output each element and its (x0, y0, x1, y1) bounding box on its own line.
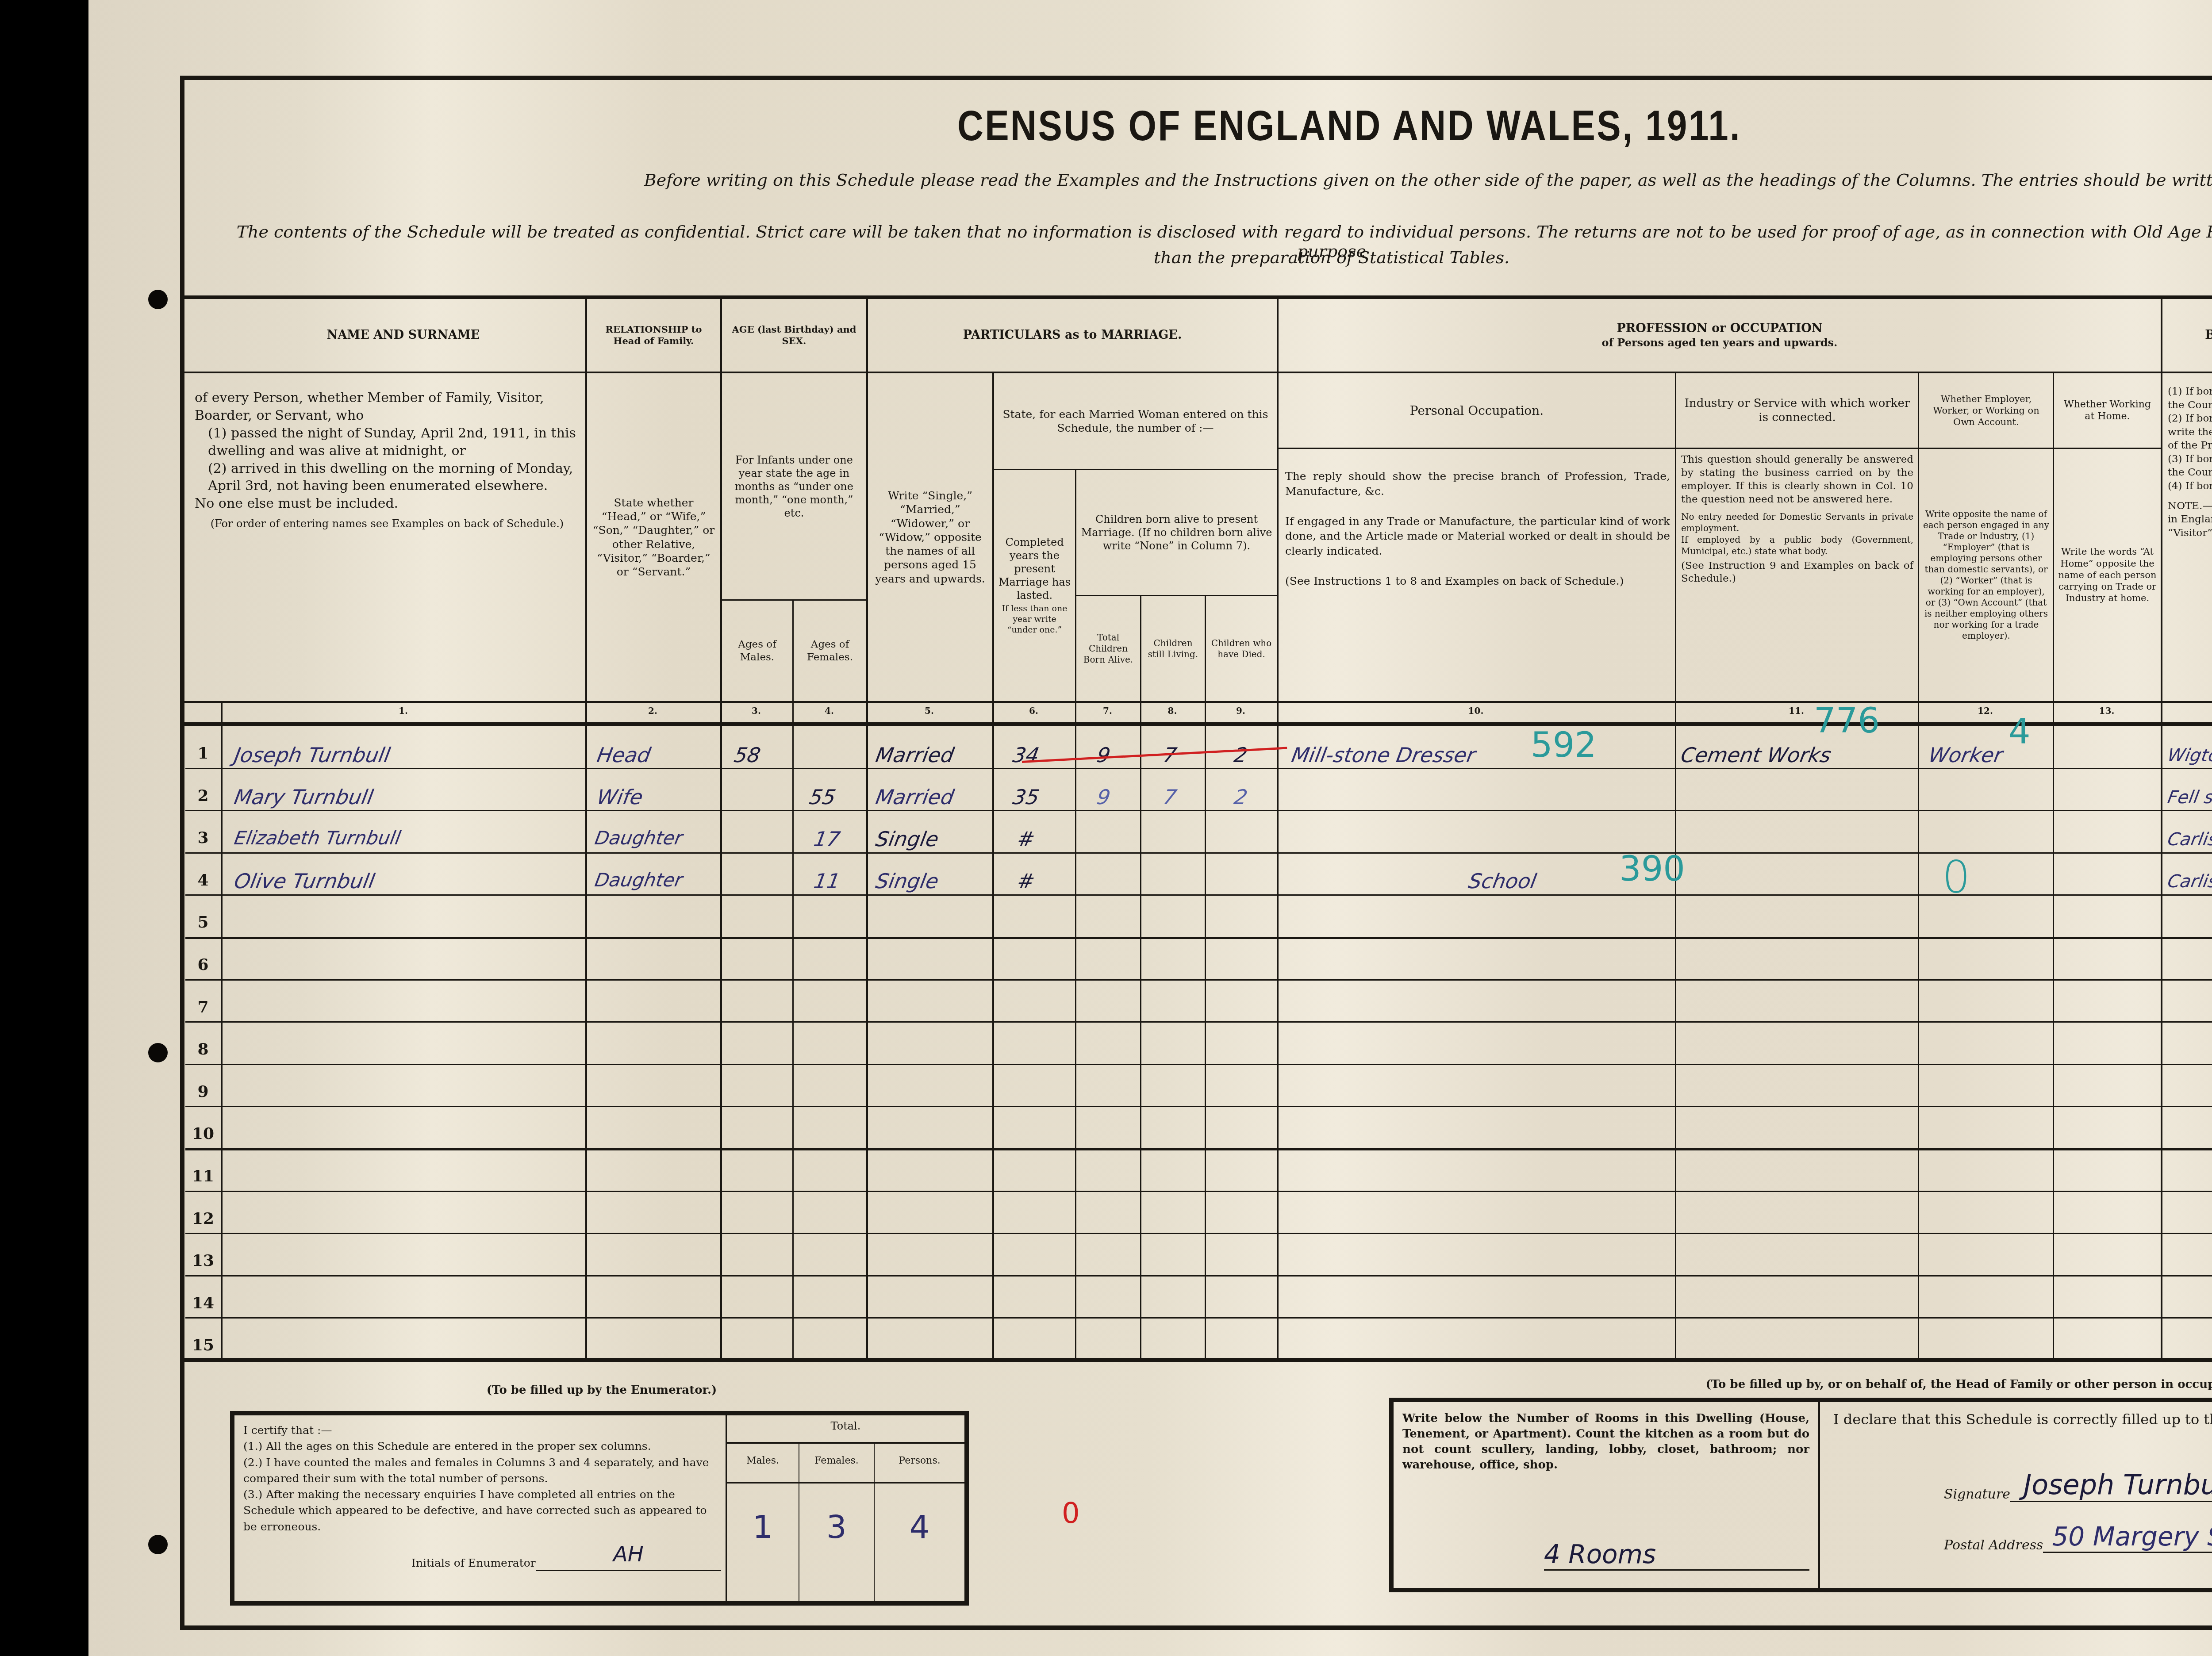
cell-age-female[interactable]: 17 (812, 827, 842, 851)
row-rule (185, 1106, 2212, 1107)
cell-employer[interactable]: Worker (1927, 743, 2005, 767)
column-number: 4. (792, 705, 866, 716)
rooms-instruction: Write below the Number of Rooms in this … (1402, 1411, 1809, 1473)
red-check-mark: 0 (1062, 1497, 1080, 1530)
header-occupation: PROFESSION or OCCUPATION (1617, 321, 1822, 336)
header-top-rule (184, 295, 2212, 299)
rooms-box: Write below the Number of Rooms in this … (1389, 1398, 1823, 1592)
occupation-code: 592 (1531, 725, 1597, 765)
page-title: CENSUS OF ENGLAND AND WALES, 1911. (842, 102, 1857, 150)
row-rule (185, 1275, 2212, 1276)
personal-occupation-header: Personal Occupation. (1279, 373, 1675, 448)
industry-header: Industry or Service with which worker is… (1677, 373, 1918, 448)
column-number: 8. (1140, 705, 1205, 716)
row-number: 7 (185, 998, 221, 1016)
row-number-divider (221, 703, 223, 1358)
cell-birthplace[interactable]: Carlisle Cumberland (2166, 871, 2212, 892)
column-number: 1. (221, 705, 585, 716)
cell-years-married[interactable]: 34 (1011, 743, 1041, 767)
cell-age-female[interactable]: 55 (807, 785, 837, 809)
industry-code: 776 (1814, 701, 1880, 741)
cell-occupation[interactable]: Mill-stone Dresser (1290, 743, 1477, 767)
persons-label: Persons. (875, 1455, 964, 1466)
cell-relationship[interactable]: Wife (595, 785, 645, 809)
children-living-header: Children still Living. (1141, 596, 1205, 701)
males-label: Males. (727, 1455, 799, 1466)
row-number: 2 (185, 786, 221, 805)
col-divider-11 (1918, 373, 1919, 1358)
home-instructions: Write the words “At Home” opposite the n… (2054, 449, 2161, 701)
row-rule (185, 979, 2212, 981)
row-rule (185, 1233, 2212, 1234)
industry-instructions: This question should generally be answer… (1681, 453, 1913, 586)
signature-line: Signature Joseph Turnbull (1944, 1468, 2212, 1502)
employer-instructions: Write opposite the name of each person e… (1920, 449, 2053, 701)
address-label: Postal Address (1944, 1537, 2043, 1553)
cell-age-male[interactable]: 58 (732, 743, 762, 767)
header-age: AGE (last Birthday) and SEX. (722, 299, 866, 372)
punch-hole (148, 1535, 168, 1554)
header-birthplace: BIRTHPLACE of every person. (2162, 299, 2212, 372)
declaration-text: I declare that this Schedule is correctl… (1833, 1411, 2212, 1428)
row-number: 6 (185, 955, 221, 974)
head-section-heading: (To be filled up by, or on behalf of, th… (1482, 1378, 2212, 1391)
column-number: 9. (1205, 705, 1277, 716)
header-marriage: PARTICULARS as to MARRIAGE. (868, 299, 1277, 372)
age-instructions: For Infants under one year state the age… (722, 373, 866, 599)
cell-industry[interactable]: Cement Works (1679, 743, 1833, 767)
occupation-code: 390 (1619, 849, 1685, 889)
cell-relationship[interactable]: Head (595, 743, 653, 767)
row-number: 12 (185, 1209, 221, 1228)
condition-instructions: Write “Single,” “Married,” “Widower,” or… (868, 373, 992, 701)
row-rule (185, 852, 2212, 854)
column-number: 12. (1918, 705, 2053, 716)
header-relationship: RELATIONSHIP to Head of Family. (587, 299, 720, 372)
punch-hole (148, 290, 168, 309)
declaration-box: I declare that this Schedule is correctl… (1818, 1398, 2212, 1592)
column-number: 10. (1277, 705, 1675, 716)
column-number: 6. (992, 705, 1075, 716)
employer-code: 4 (2008, 712, 2031, 752)
row-rule (185, 1021, 2212, 1023)
females-header: Ages of Females. (794, 601, 866, 701)
personal-occupation-instructions: The reply should show the precise branch… (1285, 469, 1670, 589)
certificate-text: I certify that :— (1.) All the ages on t… (243, 1422, 721, 1571)
cell-birthplace[interactable]: Fell side Cumberland (2166, 787, 2212, 808)
row-number: 4 (185, 871, 221, 889)
row-number: 3 (185, 828, 221, 847)
females-label: Females. (799, 1455, 874, 1466)
header-name: NAME AND SURNAME (221, 299, 585, 372)
column-number: 11. (1675, 705, 1918, 716)
row-rule (185, 937, 2212, 939)
cell-years-married[interactable]: 35 (1011, 785, 1041, 809)
cell-occupation[interactable]: School (1467, 869, 1538, 893)
name-instructions: of every Person, whether Member of Famil… (195, 389, 580, 531)
cell-relationship[interactable]: Daughter (593, 827, 684, 849)
cell-age-female[interactable]: 11 (812, 869, 842, 893)
row-number: 5 (185, 913, 221, 931)
row-number: 14 (185, 1294, 221, 1312)
column-number: 13. (2053, 705, 2161, 716)
total-children-header: Total Children Born Alive. (1076, 596, 1140, 701)
cell-condition[interactable]: Married (874, 785, 956, 809)
employer-code: 0 (1942, 851, 1970, 903)
column-number: 14. (2161, 705, 2212, 716)
years-married-header: Completed years the present Marriage has… (994, 470, 1075, 701)
cell-name[interactable]: Olive Turnbull (232, 869, 376, 893)
signature-value[interactable]: Joseph Turnbull (2010, 1468, 2212, 1502)
home-header: Whether Working at Home. (2054, 373, 2161, 448)
cell-condition[interactable]: Single (874, 869, 941, 893)
row-number: 8 (185, 1040, 221, 1058)
col-divider-13 (2161, 297, 2162, 1358)
address-value[interactable]: 50 Margery Street. Carlisle (2043, 1522, 2212, 1553)
row-number: 13 (185, 1251, 221, 1270)
row-rule (185, 1148, 2212, 1150)
totals-rule (727, 1442, 964, 1444)
table-bottom-rule (184, 1358, 2212, 1362)
males-header: Ages of Males. (722, 601, 792, 701)
cell-condition[interactable]: Single (874, 827, 941, 851)
address-line: Postal Address 50 Margery Street. Carlis… (1944, 1522, 2212, 1553)
enumerator-certificate-box: I certify that :— (1.) All the ages on t… (230, 1411, 969, 1606)
cell-name[interactable]: Mary Turnbull (232, 785, 375, 809)
enumerator-heading: (To be filled up by the Enumerator.) (425, 1384, 779, 1397)
rooms-value[interactable]: 4 Rooms (1544, 1539, 1809, 1571)
cell-name[interactable]: Joseph Turnbull (232, 743, 392, 767)
cell-name[interactable]: Elizabeth Turnbull (233, 827, 403, 849)
relationship-instructions: State whether “Head,” or “Wife,” “Son,” … (587, 373, 720, 701)
instruction-line: Before writing on this Schedule please r… (522, 170, 2212, 190)
row-number: 11 (185, 1167, 221, 1185)
row-number: 15 (185, 1336, 221, 1354)
married-woman-instructions: State, for each Married Woman entered on… (994, 373, 1277, 469)
birthplace-instructions: (1) If born in the United Kingdom, write… (2168, 385, 2212, 540)
row-rule (185, 1064, 2212, 1065)
row-rule (185, 810, 2212, 811)
children-died-header: Children who have Died. (1206, 596, 1277, 701)
row-number: 9 (185, 1082, 221, 1101)
row-rule (185, 768, 2212, 769)
column-number: 3. (720, 705, 792, 716)
header-bottom-rule (184, 701, 2212, 703)
totals-rule (727, 1482, 964, 1483)
row-rule (185, 1191, 2212, 1192)
column-number: 5. (866, 705, 992, 716)
column-number: 2. (585, 705, 720, 716)
initials-label: Initials of Enumerator (411, 1555, 536, 1571)
signature-label: Signature (1944, 1487, 2010, 1502)
cell-birthplace[interactable]: Wigton, Cumberland (2166, 745, 2212, 766)
employer-header: Whether Employer, Worker, or Working on … (1920, 373, 2053, 448)
males-total[interactable]: 1 (727, 1508, 799, 1545)
row-rule (185, 894, 2212, 896)
punch-hole (148, 1043, 168, 1062)
initials-value[interactable]: AH (536, 1539, 721, 1572)
females-total[interactable]: 3 (799, 1508, 874, 1545)
confidential-notice-cont: than the preparation of Statistical Tabl… (208, 248, 2212, 267)
total-label: Total. (727, 1420, 964, 1432)
cell-birthplace[interactable]: Carlisle Cumberland (2166, 829, 2212, 850)
persons-total[interactable]: 4 (875, 1508, 964, 1545)
row-rule (185, 1317, 2212, 1319)
cell-relationship[interactable]: Daughter (593, 869, 684, 891)
cell-condition[interactable]: Married (874, 743, 956, 767)
col-divider-9 (1277, 297, 1279, 1358)
header-occupation-subtitle: of Persons aged ten years and upwards. (1602, 336, 1838, 349)
row-number: 10 (185, 1124, 221, 1143)
column-number: 7. (1075, 705, 1140, 716)
children-header: Children born alive to present Marriage.… (1076, 470, 1277, 595)
row-number: 1 (185, 744, 221, 763)
column-number-rule (184, 722, 2212, 726)
